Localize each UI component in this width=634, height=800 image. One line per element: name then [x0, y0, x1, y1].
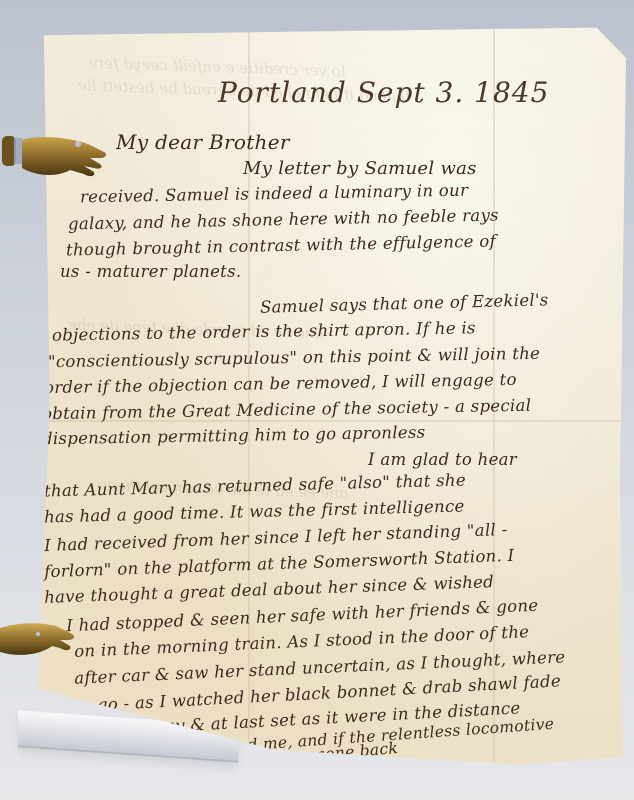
letter-line: My letter by Samuel was	[243, 158, 477, 179]
salutation: My dear Brother	[116, 130, 290, 154]
letter-line: galaxy, and he has shone here with no fe…	[68, 205, 499, 233]
letter-line: I am glad to hear	[368, 450, 517, 469]
letter-line: received. Samuel is indeed a luminary in…	[80, 181, 468, 207]
letter-line: has had a good time. It was the first in…	[44, 496, 465, 526]
letter-line: us - maturer planets.	[60, 262, 241, 281]
brass-hand-clip-top-icon	[0, 128, 112, 192]
letter-line: Samuel says that one of Ezekiel's	[260, 290, 549, 317]
place-date-heading: Portland Sept 3. 1845	[218, 76, 549, 109]
brass-hand-clip-bottom-icon	[0, 614, 80, 670]
letter-line: dispensation permitting him to go apronl…	[42, 423, 426, 449]
letter-paper: lo ver creditie e enfeilt ceeyd fere bal…	[38, 20, 626, 780]
letter-line: order if the objection can be removed, I…	[44, 370, 517, 397]
letter-line: though brought in contrast with the effu…	[66, 231, 496, 259]
letter-line: "conscientiously scrupulous" on this poi…	[48, 344, 540, 372]
